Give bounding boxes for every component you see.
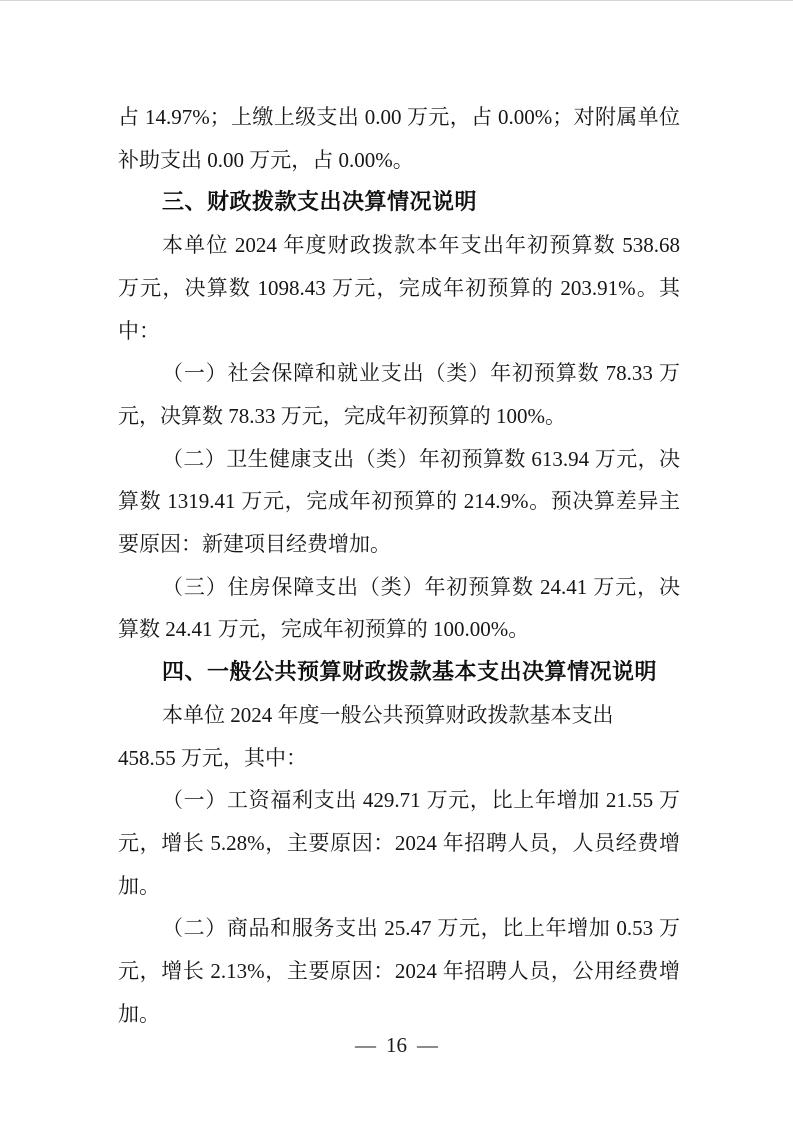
footer-dash-right: — [417,1033,438,1058]
page-number: 16 [386,1033,407,1058]
paragraph-item-housing: （三）住房保障支出（类）年初预算数 24.41 万元，决算数 24.41 万元，… [118,566,680,651]
report-text-block: 占 14.97%；上缴上级支出 0.00 万元，占 0.00%；对附属单位补助支… [118,96,680,1035]
paragraph-fiscal-appropriation-overview: 本单位 2024 年度财政拨款本年支出年初预算数 538.68 万元，决算数 1… [118,224,680,352]
paragraph-expenditure-carryover: 占 14.97%；上缴上级支出 0.00 万元，占 0.00%；对附属单位补助支… [118,96,680,181]
page-top-edge-line [0,0,793,1]
footer-dash-left: — [355,1033,376,1058]
paragraph-basic-expenditure-overview: 本单位 2024 年度一般公共预算财政拨款基本支出 458.55 万元，其中： [118,694,680,779]
paragraph-item-health: （二）卫生健康支出（类）年初预算数 613.94 万元，决算数 1319.41 … [118,438,680,566]
page-footer: —16— [0,1033,793,1058]
document-page: 占 14.97%；上缴上级支出 0.00 万元，占 0.00%；对附属单位补助支… [0,0,793,1122]
section-3-heading: 三、财政拨款支出决算情况说明 [118,181,680,224]
paragraph-item-wages-welfare: （一）工资福利支出 429.71 万元，比上年增加 21.55 万元，增长 5.… [118,779,680,907]
paragraph-item-social-security: （一）社会保障和就业支出（类）年初预算数 78.33 万元，决算数 78.33 … [118,352,680,437]
paragraph-item-goods-services: （二）商品和服务支出 25.47 万元，比上年增加 0.53 万元，增长 2.1… [118,907,680,1035]
section-4-heading: 四、一般公共预算财政拨款基本支出决算情况说明 [118,651,680,694]
